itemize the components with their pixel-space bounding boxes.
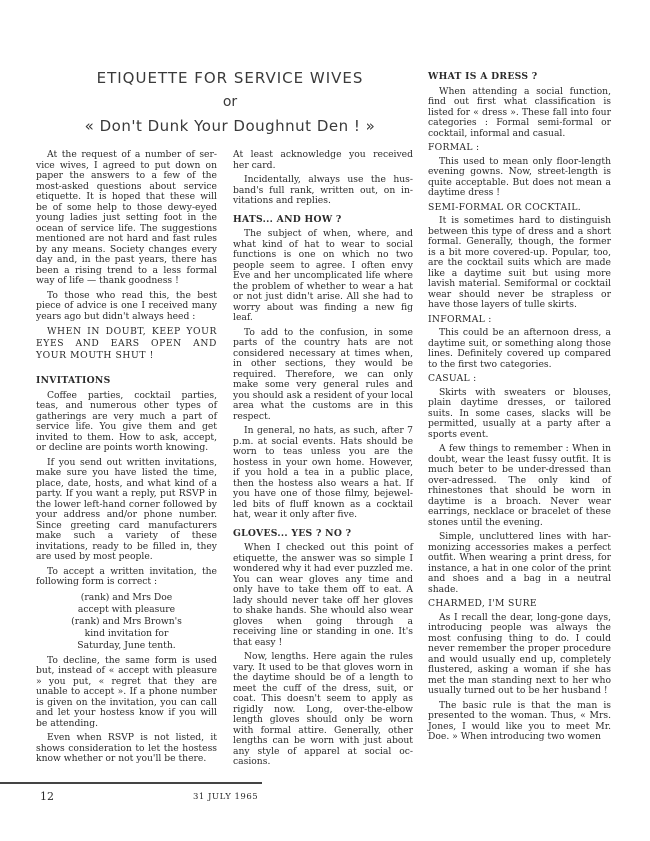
- intro-paragraph-2: To those who read this, the best piece o…: [36, 291, 217, 323]
- hats-heading: HATS... AND HOW ?: [233, 215, 413, 226]
- issue-date: 31 JULY 1965: [193, 792, 258, 802]
- footer-rule: [0, 782, 262, 784]
- charmed-heading: CHARMED, I'M SURE: [428, 599, 611, 610]
- page-number: 12: [40, 790, 54, 803]
- gloves-heading: GLOVES... YES ? NO ?: [233, 529, 413, 540]
- casual-paragraph: Skirts with sweaters or blouses, plain d…: [428, 388, 611, 441]
- casual-subheading: CASUAL :: [428, 374, 611, 385]
- formal-subheading: FORMAL :: [428, 143, 611, 154]
- charmed-paragraph-1: As I recall the dear, long-gone days, in…: [428, 613, 611, 697]
- article-subtitle: « Don't Dunk Your Doughnut Den ! »: [60, 116, 400, 136]
- invitations-paragraph-6: At least acknowledge you received her ca…: [233, 150, 413, 171]
- advice-quote: WHEN IN DOUBT, KEEP YOUR EYES AND EARS O…: [36, 326, 217, 362]
- column-3: WHAT IS A DRESS ? When attending a socia…: [428, 72, 611, 747]
- invitation-form-example: (rank) and Mrs Doe accept with pleasure …: [36, 592, 217, 652]
- formal-paragraph: This used to mean only floor-length even…: [428, 157, 611, 199]
- form-line: (rank) and Mrs Doe: [36, 592, 217, 604]
- invitations-paragraph-2: If you send out written invitations, mak…: [36, 458, 217, 563]
- title-conjunction: or: [60, 92, 400, 112]
- form-line: (rank) and Mrs Brown's: [36, 616, 217, 628]
- intro-paragraph-1: At the request of a number of ser­vice w…: [36, 150, 217, 287]
- invitations-paragraph-7: Incidentally, always use the hus­band's …: [233, 175, 413, 207]
- hats-paragraph-2: To add to the confusion, in some parts o…: [233, 328, 413, 423]
- invitations-heading: INVITATIONS: [36, 376, 217, 387]
- semi-formal-paragraph: It is sometimes hard to distinguish betw…: [428, 216, 611, 311]
- form-line: kind invitation for: [36, 628, 217, 640]
- invitations-paragraph-4: To decline, the same form is used but, i…: [36, 656, 217, 730]
- form-line: Saturday, June tenth.: [36, 640, 217, 652]
- informal-subheading: INFORMAL :: [428, 315, 611, 326]
- hats-paragraph-3: In general, no hats, as such, after 7 p.…: [233, 426, 413, 521]
- article-title-block: ETIQUETTE FOR SERVICE WIVES or « Don't D…: [60, 68, 400, 136]
- semi-formal-subheading: SEMI-FORMAL OR COCKTAIL.: [428, 203, 611, 214]
- invitations-paragraph-3: To accept a written invitation, the foll…: [36, 567, 217, 588]
- dress-paragraph-1: When attending a social function, find o…: [428, 87, 611, 140]
- hats-paragraph-1: The subject of when, where, and what kin…: [233, 229, 413, 324]
- dress-heading: WHAT IS A DRESS ?: [428, 72, 611, 83]
- article-title: ETIQUETTE FOR SERVICE WIVES: [60, 68, 400, 88]
- form-line: accept with pleasure: [36, 604, 217, 616]
- simple-lines-paragraph: Simple, uncluttered lines with har­moniz…: [428, 532, 611, 595]
- gloves-paragraph-1: When I checked out this point of etiquet…: [233, 543, 413, 648]
- column-1: At the request of a number of ser­vice w…: [36, 150, 217, 769]
- column-2: At least acknowledge you received her ca…: [233, 150, 413, 772]
- invitations-paragraph-5: Even when RSVP is not listed, it shows c…: [36, 733, 217, 765]
- charmed-paragraph-2: The basic rule is that the man is presen…: [428, 701, 611, 743]
- remember-paragraph: A few things to remember : When in doubt…: [428, 444, 611, 528]
- gloves-paragraph-2: Now, lengths. Here again the rules vary.…: [233, 652, 413, 768]
- informal-paragraph: This could be an afternoon dress, a dayt…: [428, 328, 611, 370]
- invitations-paragraph-1: Coffee parties, cocktail parties, teas, …: [36, 391, 217, 454]
